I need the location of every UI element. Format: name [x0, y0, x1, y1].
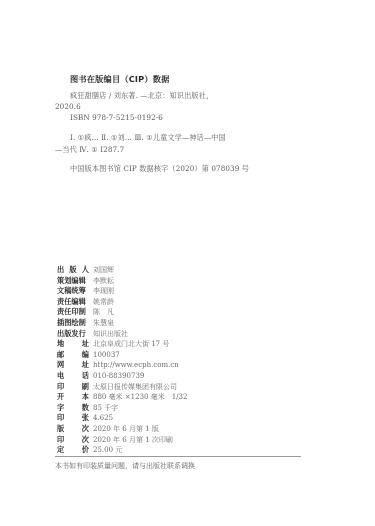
label-char: 版: [57, 424, 64, 435]
colophon-label: 网 址: [57, 360, 93, 371]
label-text: 插图绘制: [57, 318, 86, 329]
colophon-row-website: 网 址 http://www.ecph.com.cn: [57, 360, 187, 371]
colophon-table: 出 版 人 刘国辉 策划编辑 李默耘 文稿统筹 李现刚 责任编辑 姚常龄 责任印…: [57, 265, 187, 456]
label-text: 出版发行: [57, 329, 86, 340]
colophon-label: 责任编辑: [57, 297, 93, 308]
colophon-value: 100037: [93, 350, 120, 361]
label-char: 出: [57, 265, 64, 276]
colophon-row-sheets: 印 张 4.625: [57, 413, 187, 424]
colophon-label: 定 价: [57, 445, 93, 456]
colophon-label: 出版发行: [57, 329, 93, 340]
label-char: 定: [57, 445, 64, 456]
label-char: 电: [57, 371, 64, 382]
colophon-value: 25.00 元: [93, 445, 122, 456]
label-char: 地: [57, 339, 64, 350]
colophon-row-phone: 电 话 010-88390739: [57, 371, 187, 382]
colophon-value: 陈 凡: [93, 307, 114, 318]
colophon-row-word-count: 字 数 85 千字: [57, 403, 187, 414]
colophon-row-publisher: 出 版 人 刘国辉: [57, 265, 187, 276]
colophon-row-illustrator: 插图绘制 朱慧泉: [57, 318, 187, 329]
label-char: 次: [82, 424, 89, 435]
cip-line-date: 2020.6: [55, 102, 81, 111]
colophon-label: 字 数: [57, 403, 93, 414]
colophon-row-printer: 印 刷 太原日报传媒集团有限公司: [57, 382, 187, 393]
label-char: 网: [57, 360, 64, 371]
colophon-value: 4.625: [93, 413, 113, 424]
colophon-label: 印 次: [57, 435, 93, 446]
divider-rule: [55, 456, 301, 457]
colophon-value: 北京阜成门北大街 17 号: [93, 339, 169, 350]
label-char: 刷: [82, 382, 89, 393]
label-char: 人: [82, 265, 89, 276]
colophon-value: 朱慧泉: [93, 318, 114, 329]
colophon-label: 责任印制: [57, 307, 93, 318]
label-char: 址: [82, 360, 89, 371]
website-link[interactable]: http://www.ecph.com.cn: [93, 360, 179, 371]
label-char: 张: [82, 413, 89, 424]
colophon-value: 太原日报传媒集团有限公司: [93, 382, 177, 393]
colophon-label: 文稿统筹: [57, 286, 93, 297]
colophon-value: 李默耘: [93, 276, 114, 287]
colophon-row-impression: 印 次 2020 年 6 月第 1 次印刷: [57, 435, 187, 446]
label-char: 编: [82, 350, 89, 361]
cip-line-classification: Ⅰ. ①疯… Ⅱ. ①刘… Ⅲ. ①儿童文学—神话—中国: [70, 133, 226, 143]
colophon-row-postcode: 邮 编 100037: [57, 350, 187, 361]
colophon-label: 地 址: [57, 339, 93, 350]
label-char: 邮: [57, 350, 64, 361]
colophon-row-planning-editor: 策划编辑 李默耘: [57, 276, 187, 287]
colophon-row-format: 开 本 880 毫米 ×1230 毫米 1/32: [57, 392, 187, 403]
label-char: 本: [82, 392, 89, 403]
colophon-row-manuscript-coordinator: 文稿统筹 李现刚: [57, 286, 187, 297]
colophon-row-address: 地 址 北京阜成门北大街 17 号: [57, 339, 187, 350]
colophon-row-distributor: 出版发行 知识出版社: [57, 329, 187, 340]
colophon-row-price: 定 价 25.00 元: [57, 445, 187, 456]
label-text: 责任印制: [57, 307, 86, 318]
colophon-value: 姚常龄: [93, 297, 114, 308]
label-text: 责任编辑: [57, 297, 86, 308]
label-char: 版: [69, 265, 76, 276]
label-char: 址: [82, 339, 89, 350]
label-char: 开: [57, 392, 64, 403]
label-char: 数: [82, 403, 89, 414]
colophon-value: 85 千字: [93, 403, 118, 414]
label-char: 次: [82, 435, 89, 446]
colophon-value: 李现刚: [93, 286, 114, 297]
label-char: 价: [82, 445, 89, 456]
label-char: 印: [57, 382, 64, 393]
label-char: 印: [57, 435, 64, 446]
colophon-row-responsible-editor: 责任编辑 姚常龄: [57, 297, 187, 308]
colophon-value: 880 毫米 ×1230 毫米 1/32: [93, 392, 187, 403]
colophon-label: 策划编辑: [57, 276, 93, 287]
colophon-label: 版 次: [57, 424, 93, 435]
colophon-label: 出 版 人: [57, 265, 93, 276]
colophon-row-print-supervisor: 责任印制 陈 凡: [57, 307, 187, 318]
cip-line-title-author: 疯狂甜膳店 / 刘东著. —北京：知识出版社，: [70, 91, 213, 101]
cip-line-isbn: ISBN 978-7-5215-0192-6: [70, 113, 163, 122]
colophon-label: 开 本: [57, 392, 93, 403]
label-char: 字: [57, 403, 64, 414]
colophon-value: 知识出版社: [93, 329, 128, 340]
colophon-label: 印 刷: [57, 382, 93, 393]
colophon-value: 010-88390739: [93, 371, 144, 382]
cip-line-record-number: 中国版本图书馆 CIP 数据核字（2020）第 078039 号: [70, 164, 249, 174]
colophon-row-edition: 版 次 2020 年 6 月第 1 版: [57, 424, 187, 435]
colophon-label: 插图绘制: [57, 318, 93, 329]
colophon-label: 电 话: [57, 371, 93, 382]
cip-line-classification-cont: —当代 Ⅳ. ① I287.7: [55, 145, 124, 155]
quality-notice: 本书如有印装质量问题，请与出版社联系调换: [55, 461, 195, 471]
colophon-value: 2020 年 6 月第 1 版: [93, 424, 159, 435]
label-text: 文稿统筹: [57, 286, 86, 297]
label-char: 话: [82, 371, 89, 382]
colophon-value: 刘国辉: [93, 265, 114, 276]
label-text: 策划编辑: [57, 276, 86, 287]
colophon-label: 邮 编: [57, 350, 93, 361]
colophon-label: 印 张: [57, 413, 93, 424]
colophon-value: 2020 年 6 月第 1 次印刷: [93, 435, 173, 446]
label-char: 印: [57, 413, 64, 424]
copyright-page: 图书在版编目（CIP）数据 疯狂甜膳店 / 刘东著. —北京：知识出版社， 20…: [0, 0, 375, 526]
cip-title: 图书在版编目（CIP）数据: [70, 74, 170, 85]
